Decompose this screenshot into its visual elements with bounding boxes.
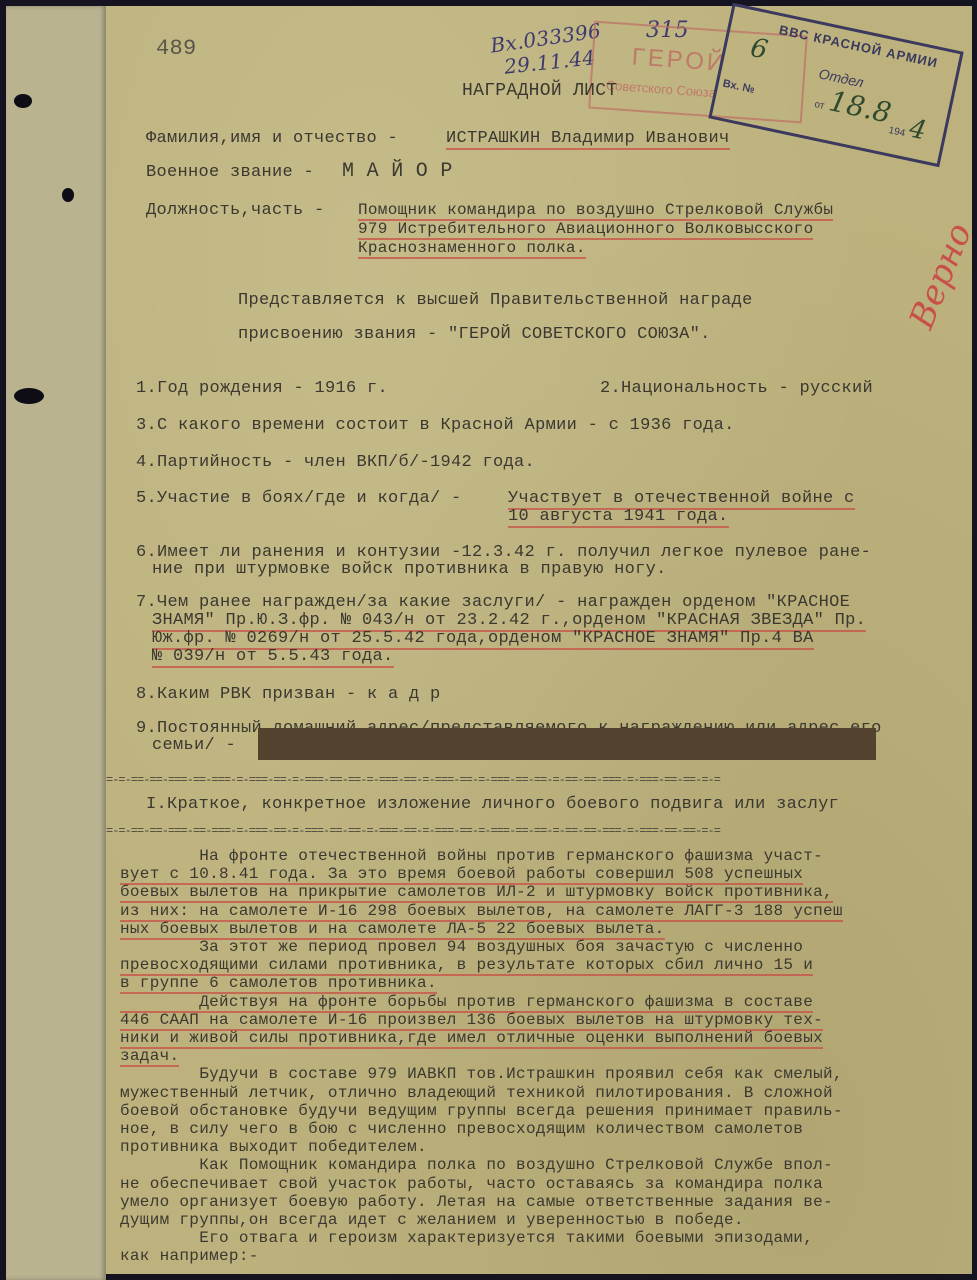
narrative-line: вует с 10.8.41 года. За это время боевой…	[120, 866, 803, 885]
narrative-line: Как Помощник командира полка по воздушно…	[120, 1157, 833, 1173]
item-combat-value: 10 августа 1941 года.	[508, 508, 729, 528]
position-line: 979 Истребительного Авиационного Волковы…	[358, 221, 813, 240]
section-heading: I.Краткое, конкретное изложение личного …	[146, 796, 839, 813]
punch-hole	[62, 188, 74, 202]
item-wounds: ние при штурмовке войск противника в пра…	[152, 561, 667, 578]
vvs-stamp-dept-value: 6	[748, 33, 770, 66]
hero-stamp-line1: ГЕРОЙ	[631, 43, 728, 78]
award-sheet-page: 489 Вх.033396 29.11.44 315 ГЕРОЙ Советск…	[106, 6, 972, 1274]
sheet-number: 489	[156, 38, 197, 60]
name-value: ИСТРАШКИН Владимир Иванович	[446, 130, 730, 150]
binding-strip	[6, 6, 106, 1280]
item-combat-label: 5.Участие в боях/где и когда/ -	[136, 490, 462, 507]
narrative-line: мужественный летчик, отлично владеющий т…	[120, 1085, 833, 1101]
narrative-line: не обеспечивает свой участок работы, час…	[120, 1176, 823, 1192]
item-party: 4.Партийность - член ВКП/б/-1942 года.	[136, 454, 535, 471]
redacted-address	[258, 728, 876, 760]
narrative-line: боевых вылетов на прикрытие самолетов ИЛ…	[120, 884, 833, 903]
item-wounds: 6.Имеет ли ранения и контузии -12.3.42 г…	[136, 544, 871, 561]
vvs-stamp-year-prefix: 194	[888, 125, 907, 139]
resolution-note: Верно	[902, 218, 977, 335]
item-address: семьи/ -	[152, 737, 236, 754]
narrative-line: из них: на самолете И-16 298 боевых выле…	[120, 903, 843, 922]
vvs-registration-stamp: ВВС КРАСНОЙ АРМИИ 6 Отдел Вх. № от 18.8 …	[708, 3, 963, 167]
narrative-line: На фронте отечественной войны против гер…	[120, 848, 823, 864]
rank-value: М А Й О Р	[342, 162, 453, 182]
item-nationality: 2.Национальность - русский	[600, 380, 873, 397]
vvs-stamp-year-suffix: 4	[906, 114, 928, 147]
punch-hole	[14, 94, 32, 108]
vvs-stamp-header: ВВС КРАСНОЙ АРМИИ	[778, 22, 940, 70]
narrative-line: в группе 6 самолетов противника.	[120, 975, 437, 994]
narrative-line: За этот же период провел 94 воздушных бо…	[120, 939, 803, 955]
narrative-line: ных боевых вылетов и на самолете ЛА-5 22…	[120, 921, 665, 940]
name-label: Фамилия,имя и отчество -	[146, 130, 398, 147]
vvs-stamp-date-prefix: от	[813, 99, 825, 112]
punch-hole	[14, 388, 44, 404]
rank-label: Военное звание -	[146, 164, 314, 181]
separator-line: =-=-==-==-===-==-===-=-===-==-=-===-==-=…	[106, 773, 972, 781]
position-label: Должность,часть -	[146, 202, 325, 219]
narrative-line: задач.	[120, 1048, 179, 1067]
nomination-line-1: Представляется к высшей Правительственно…	[238, 292, 753, 309]
item-draft-office: 8.Каким РВК призван - к а д р	[136, 686, 441, 703]
position-line: Помощник командира по воздушно Стрелково…	[358, 202, 833, 221]
narrative-line: ное, в силу чего в бою с численно превос…	[120, 1121, 803, 1137]
narrative-line: Его отвага и героизм характеризуется так…	[120, 1230, 813, 1246]
narrative-line: как например:-	[120, 1248, 259, 1264]
document-title: НАГРАДНОЙ ЛИСТ	[462, 82, 617, 100]
narrative-line: Будучи в составе 979 ИАВКП тов.Истрашкин…	[120, 1066, 843, 1082]
narrative-line: противника выходит победителем.	[120, 1139, 427, 1155]
position-line: Краснознаменного полка.	[358, 240, 586, 259]
hero-stamp-line2: Советского Союза	[605, 78, 716, 101]
item-awards: № 039/н от 5.5.43 года.	[152, 648, 394, 668]
narrative-line: 446 СААП на самолете И-16 произвел 136 б…	[120, 1012, 823, 1031]
item-army-since: 3.С какого времени состоит в Красной Арм…	[136, 417, 735, 434]
narrative-line: умело организует боевую работу. Летая на…	[120, 1194, 833, 1210]
narrative-line: ники и живой силы противника,где имел от…	[120, 1030, 823, 1049]
vvs-stamp-date-value: 18.8	[826, 84, 894, 129]
nomination-line-2: присвоению звания - "ГЕРОЙ СОВЕТСКОГО СО…	[238, 326, 711, 343]
separator-line: =-=-==-==-===-==-===-=-===-==-=-===-==-=…	[106, 824, 972, 832]
narrative-line: боевой обстановке будучи ведущим группы …	[120, 1103, 843, 1119]
narrative-line: превосходящими силами противника, в резу…	[120, 957, 813, 976]
vvs-stamp-vx-label: Вх. №	[722, 78, 756, 96]
item-awards: 7.Чем ранее награжден/за какие заслуги/ …	[136, 594, 850, 611]
item-birth-year: 1.Год рождения - 1916 г.	[136, 380, 388, 397]
narrative-line: дущим группы,он всегда идет с желанием и…	[120, 1212, 744, 1228]
narrative-line: Действуя на фронте борьбы против германс…	[120, 994, 813, 1013]
